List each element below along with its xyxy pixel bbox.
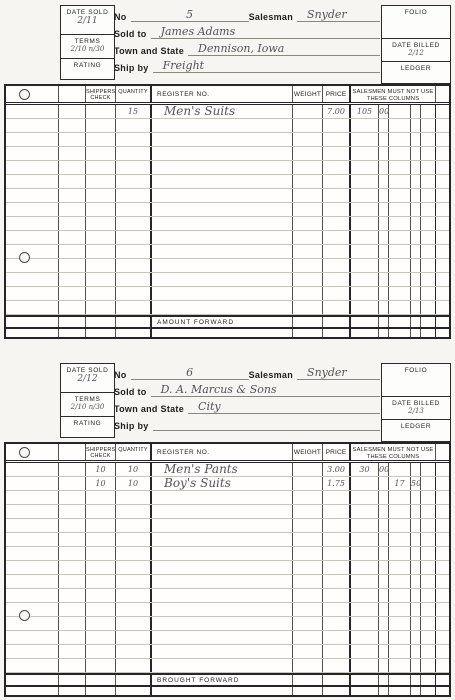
- cell-a2c: [411, 463, 421, 476]
- cell-check: [86, 105, 116, 118]
- town-state-line: Town and State Dennison, Iowa: [114, 40, 380, 56]
- cell-a2c: [411, 491, 421, 504]
- cell-a1c: [379, 491, 389, 504]
- cell-extra: [421, 231, 436, 244]
- cell-col2: [59, 505, 86, 518]
- cell-a1d: [351, 217, 379, 230]
- cell-extra: [421, 161, 436, 174]
- table-row: [6, 133, 449, 147]
- cell-extra: [421, 189, 436, 202]
- cell-margin: [6, 231, 59, 244]
- date-sold-value: 2/12: [61, 374, 114, 384]
- cell-reg: [152, 231, 293, 244]
- cell-a2c: [411, 631, 421, 644]
- cell-reg: [152, 287, 293, 300]
- cell-weight: [293, 645, 323, 658]
- cell-reg: Boy's Suits: [152, 477, 293, 490]
- town-state-value: Dennison, Iowa: [188, 43, 380, 56]
- header-margin-cell: [6, 86, 59, 102]
- cell-check: [86, 119, 116, 132]
- cell-check: [86, 589, 116, 602]
- right-boxes: FOLIO DATE BILLED 2/12 LEDGER: [381, 5, 451, 84]
- cell-margin: [6, 217, 59, 230]
- cell-reg: [152, 631, 293, 644]
- cell-check: [86, 519, 116, 532]
- cell-rmargin: [436, 147, 449, 160]
- cell-qty: [116, 273, 152, 286]
- cell-margin: [6, 659, 59, 672]
- cell-weight: [293, 105, 323, 118]
- cell-extra: [421, 659, 436, 672]
- cell-qty: [116, 245, 152, 258]
- cell-check: [86, 147, 116, 160]
- table-row: [6, 491, 449, 505]
- cell-margin: [6, 259, 59, 272]
- cell-qty: [116, 203, 152, 216]
- cell-rmargin: [436, 547, 449, 560]
- cell-rmargin: [436, 245, 449, 258]
- cell-col2: [59, 119, 86, 132]
- cell-a2d: [389, 203, 411, 216]
- cell-reg: [152, 547, 293, 560]
- cell-a1c: [379, 301, 389, 314]
- cell-rmargin: [436, 645, 449, 658]
- cell-col2: [59, 175, 86, 188]
- terms-value: 2/10 n/30: [61, 403, 114, 411]
- cell-weight: [293, 287, 323, 300]
- ship-by-label: Ship by: [114, 63, 153, 73]
- cell-extra: [421, 477, 436, 490]
- header-fields: No 5 Salesman Snyder Sold to James Adams…: [114, 6, 380, 74]
- cell-rmargin: [436, 287, 449, 300]
- cell-reg: [152, 603, 293, 616]
- cell-rmargin: [436, 217, 449, 230]
- cell-col2: [59, 203, 86, 216]
- cell-qty: [116, 547, 152, 560]
- table-row: [6, 617, 449, 631]
- cell-weight: [293, 259, 323, 272]
- cell-price: [323, 575, 351, 588]
- table-header-row: SHIPPERS CHECK QUANTITY REGISTER NO. WEI…: [6, 444, 449, 463]
- cell-a1c: [379, 161, 389, 174]
- cell-col2: [59, 147, 86, 160]
- cell-reg: [152, 175, 293, 188]
- cell-check: [86, 617, 116, 630]
- cell-qty: [116, 231, 152, 244]
- table-row: [6, 659, 449, 673]
- cell-reg: [152, 575, 293, 588]
- terms-label: TERMS: [61, 393, 114, 403]
- cell-rmargin: [436, 589, 449, 602]
- cell-a2d: [389, 645, 411, 658]
- terms-label: TERMS: [61, 35, 114, 45]
- date-sold-label: DATE SOLD: [61, 364, 114, 374]
- cell-a1c: [379, 287, 389, 300]
- cell-a1d: [351, 477, 379, 490]
- cell-reg: [152, 659, 293, 672]
- table-row: [6, 203, 449, 217]
- cell-margin: [6, 631, 59, 644]
- cell-a1d: [351, 287, 379, 300]
- cell-weight: [293, 631, 323, 644]
- cell-weight: [293, 189, 323, 202]
- cell-a2d: [389, 603, 411, 616]
- cell-qty: [116, 659, 152, 672]
- salesman-value: Snyder: [297, 367, 380, 380]
- cell-reg: [152, 301, 293, 314]
- cell-margin: [6, 491, 59, 504]
- cell-a2c: [411, 505, 421, 518]
- cell-col2: [59, 617, 86, 630]
- cell-a2c: [411, 301, 421, 314]
- table-row: [6, 519, 449, 533]
- cell-reg: [152, 203, 293, 216]
- punch-hole-icon: [19, 610, 30, 621]
- cell-rmargin: [436, 259, 449, 272]
- cell-col2: [59, 287, 86, 300]
- cell-col2: [59, 189, 86, 202]
- amount-forward-row: AMOUNT FORWARD: [6, 315, 449, 329]
- cell-price: [323, 259, 351, 272]
- cell-rmargin: [436, 533, 449, 546]
- cell-price: [323, 603, 351, 616]
- table-row: [6, 217, 449, 231]
- header-salesmen-note: SALESMEN MUST NOT USE THESE COLUMNS: [351, 444, 436, 460]
- cell-reg: [152, 505, 293, 518]
- cell-extra: [421, 603, 436, 616]
- cell-a2d: [389, 547, 411, 560]
- cell-check: [86, 547, 116, 560]
- cell-qty: [116, 519, 152, 532]
- cell-qty: [116, 603, 152, 616]
- cell-margin: [6, 147, 59, 160]
- cell-extra: [421, 133, 436, 146]
- cell-a1d: [351, 273, 379, 286]
- cell-margin: [6, 245, 59, 258]
- cell-reg: [152, 491, 293, 504]
- cell-a2c: [411, 561, 421, 574]
- cell-margin: [6, 561, 59, 574]
- cell-check: [86, 161, 116, 174]
- cell-reg: Men's Suits: [152, 105, 293, 118]
- cell-price: [323, 161, 351, 174]
- folio-label: FOLIO: [382, 6, 450, 16]
- table-row: 1010Men's Pants3.003000: [6, 463, 449, 477]
- cell-check: [86, 175, 116, 188]
- cell-price: [323, 175, 351, 188]
- cell-a1c: [379, 147, 389, 160]
- terms-box: TERMS 2/10 n/30: [60, 34, 115, 59]
- salesman-label: Salesman: [249, 370, 297, 380]
- ship-by-label: Ship by: [114, 421, 153, 431]
- cell-a1c: [379, 589, 389, 602]
- cell-col2: [59, 519, 86, 532]
- cell-price: 3.00: [323, 463, 351, 476]
- cell-margin: [6, 547, 59, 560]
- cell-a2d: [389, 273, 411, 286]
- cell-weight: [293, 575, 323, 588]
- cell-rmargin: [436, 491, 449, 504]
- cell-col2: [59, 659, 86, 672]
- ledger-label: LEDGER: [382, 420, 450, 430]
- punch-hole-icon: [19, 89, 30, 100]
- cell-a2c: [411, 547, 421, 560]
- cell-a1d: [351, 631, 379, 644]
- cell-extra: [421, 259, 436, 272]
- cell-margin: [6, 575, 59, 588]
- cell-margin: [6, 477, 59, 490]
- cell-price: [323, 287, 351, 300]
- scanned-page: DATE SOLD 2/11 TERMS 2/10 n/30 RATING No…: [0, 0, 455, 700]
- cell-a2d: [389, 575, 411, 588]
- cell-price: [323, 617, 351, 630]
- cell-a1d: [351, 301, 379, 314]
- sold-to-line: Sold to D. A. Marcus & Sons: [114, 381, 380, 397]
- folio-box: FOLIO: [381, 363, 451, 397]
- cell-reg: [152, 589, 293, 602]
- cell-col2: [59, 217, 86, 230]
- cell-weight: [293, 133, 323, 146]
- cell-a2d: [389, 231, 411, 244]
- cell-qty: [116, 287, 152, 300]
- cell-col2: [59, 603, 86, 616]
- order-table: SHIPPERS CHECK QUANTITY REGISTER NO. WEI…: [4, 84, 451, 339]
- ship-by-value: Freight: [153, 60, 380, 73]
- cell-reg: Men's Pants: [152, 463, 293, 476]
- ship-by-value: [153, 430, 380, 431]
- cell-weight: [293, 519, 323, 532]
- cell-extra: [421, 561, 436, 574]
- cell-col2: [59, 547, 86, 560]
- cell-rmargin: [436, 575, 449, 588]
- table-row: [6, 301, 449, 315]
- cell-reg: [152, 273, 293, 286]
- cell-a1d: [351, 491, 379, 504]
- date-billed-box: DATE BILLED 2/13: [381, 396, 451, 420]
- cell-col2: [59, 589, 86, 602]
- cell-a2c: [411, 189, 421, 202]
- cell-col2: [59, 273, 86, 286]
- cell-a2c: [411, 175, 421, 188]
- cell-a2c: [411, 203, 421, 216]
- cell-a1d: [351, 259, 379, 272]
- cell-extra: [421, 645, 436, 658]
- cell-weight: [293, 273, 323, 286]
- bottom-spacer-row: [6, 687, 449, 695]
- cell-qty: [116, 147, 152, 160]
- left-boxes: DATE SOLD 2/11 TERMS 2/10 n/30 RATING: [60, 5, 115, 80]
- cell-qty: [116, 133, 152, 146]
- cell-a2c: [411, 133, 421, 146]
- cell-a2c: [411, 603, 421, 616]
- cell-a2d: [389, 175, 411, 188]
- cell-reg: [152, 217, 293, 230]
- bottom-spacer-row: [6, 329, 449, 337]
- header-shippers-check: SHIPPERS CHECK: [86, 444, 116, 460]
- cell-weight: [293, 603, 323, 616]
- town-state-label: Town and State: [114, 46, 188, 56]
- cell-price: [323, 645, 351, 658]
- cell-check: [86, 259, 116, 272]
- date-sold-label: DATE SOLD: [61, 6, 114, 16]
- cell-col2: [59, 631, 86, 644]
- cell-weight: [293, 477, 323, 490]
- cell-price: [323, 203, 351, 216]
- cell-check: [86, 561, 116, 574]
- cell-price: [323, 119, 351, 132]
- cell-margin: [6, 133, 59, 146]
- cell-extra: [421, 105, 436, 118]
- cell-weight: [293, 161, 323, 174]
- cell-extra: [421, 519, 436, 532]
- cell-a1d: [351, 589, 379, 602]
- cell-a1c: [379, 617, 389, 630]
- cell-price: [323, 631, 351, 644]
- table-row: [6, 245, 449, 259]
- cell-margin: [6, 533, 59, 546]
- header-right-margin-cell: [436, 444, 449, 460]
- cell-a2d: 17: [389, 477, 411, 490]
- cell-rmargin: [436, 631, 449, 644]
- cell-extra: [421, 589, 436, 602]
- cell-margin: [6, 203, 59, 216]
- cell-reg: [152, 147, 293, 160]
- left-boxes: DATE SOLD 2/12 TERMS 2/10 n/30 RATING: [60, 363, 115, 438]
- cell-a2d: [389, 491, 411, 504]
- cell-check: [86, 287, 116, 300]
- table-row: [6, 259, 449, 273]
- cell-price: [323, 231, 351, 244]
- cell-col2: [59, 463, 86, 476]
- cell-a1d: [351, 505, 379, 518]
- cell-qty: [116, 119, 152, 132]
- header-right-margin-cell: [436, 86, 449, 102]
- cell-rmargin: [436, 133, 449, 146]
- date-sold-box: DATE SOLD 2/11: [60, 5, 115, 35]
- table-row: [6, 547, 449, 561]
- cell-extra: [421, 491, 436, 504]
- cell-a2d: [389, 119, 411, 132]
- ship-by-line: Ship by Freight: [114, 57, 380, 73]
- cell-extra: [421, 147, 436, 160]
- cell-check: [86, 203, 116, 216]
- cell-weight: [293, 119, 323, 132]
- town-state-line: Town and State City: [114, 398, 380, 414]
- cell-qty: [116, 505, 152, 518]
- cell-a1c: [379, 505, 389, 518]
- cell-a1c: [379, 631, 389, 644]
- cell-a2d: [389, 561, 411, 574]
- table-header-row: SHIPPERS CHECK QUANTITY REGISTER NO. WEI…: [6, 86, 449, 105]
- cell-a2d: [389, 301, 411, 314]
- brought-forward-row: BROUGHT FORWARD: [6, 673, 449, 687]
- cell-a1c: [379, 561, 389, 574]
- cell-extra: [421, 245, 436, 258]
- cell-a2c: [411, 259, 421, 272]
- header-salesmen-note: SALESMEN MUST NOT USE THESE COLUMNS: [351, 86, 436, 102]
- cell-weight: [293, 589, 323, 602]
- cell-check: [86, 217, 116, 230]
- cell-col2: [59, 575, 86, 588]
- cell-check: [86, 505, 116, 518]
- cell-a1d: [351, 603, 379, 616]
- cell-reg: [152, 119, 293, 132]
- cell-a2d: [389, 519, 411, 532]
- cell-col2: [59, 133, 86, 146]
- cell-qty: [116, 161, 152, 174]
- cell-check: [86, 491, 116, 504]
- cell-check: [86, 533, 116, 546]
- cell-margin: [6, 119, 59, 132]
- cell-a1c: [379, 133, 389, 146]
- cell-rmargin: [436, 175, 449, 188]
- cell-margin: [6, 301, 59, 314]
- table-row: [6, 189, 449, 203]
- cell-check: [86, 659, 116, 672]
- table-row: [6, 273, 449, 287]
- cell-rmargin: [436, 477, 449, 490]
- cell-col2: [59, 105, 86, 118]
- cell-rmargin: [436, 161, 449, 174]
- cell-margin: [6, 589, 59, 602]
- date-billed-value: 2/12: [382, 49, 450, 57]
- salesman-label: Salesman: [249, 12, 297, 22]
- cell-qty: [116, 259, 152, 272]
- cell-check: [86, 301, 116, 314]
- cell-weight: [293, 533, 323, 546]
- cell-weight: [293, 505, 323, 518]
- cell-qty: [116, 175, 152, 188]
- cell-a1d: [351, 659, 379, 672]
- cell-margin: [6, 645, 59, 658]
- order-table: SHIPPERS CHECK QUANTITY REGISTER NO. WEI…: [4, 442, 451, 697]
- table-row: [6, 561, 449, 575]
- cell-a1c: [379, 203, 389, 216]
- header-register-no: REGISTER NO.: [152, 86, 293, 102]
- cell-a2d: [389, 217, 411, 230]
- header-price: PRICE: [323, 444, 351, 460]
- cell-col2: [59, 161, 86, 174]
- cell-rmargin: [436, 273, 449, 286]
- cell-check: [86, 273, 116, 286]
- cell-weight: [293, 491, 323, 504]
- cell-a2c: [411, 645, 421, 658]
- cell-col2: [59, 491, 86, 504]
- salesman-value: Snyder: [297, 9, 380, 22]
- cell-a2c: 50: [411, 477, 421, 490]
- cell-a2d: [389, 659, 411, 672]
- sold-to-value: D. A. Marcus & Sons: [151, 384, 380, 397]
- cell-extra: [421, 547, 436, 560]
- cell-a2c: [411, 231, 421, 244]
- cell-col2: [59, 259, 86, 272]
- cell-rmargin: [436, 203, 449, 216]
- cell-a1c: [379, 119, 389, 132]
- cell-price: 1.75: [323, 477, 351, 490]
- cell-margin: [6, 287, 59, 300]
- cell-check: [86, 245, 116, 258]
- table-row: 1010Boy's Suits1.751750: [6, 477, 449, 491]
- cell-rmargin: [436, 505, 449, 518]
- header-weight: WEIGHT: [293, 444, 323, 460]
- cell-reg: [152, 189, 293, 202]
- cell-a1c: [379, 175, 389, 188]
- cell-a1d: 30: [351, 463, 379, 476]
- cell-rmargin: [436, 231, 449, 244]
- cell-qty: 15: [116, 105, 152, 118]
- no-salesman-line: No 6 Salesman Snyder: [114, 364, 380, 380]
- cell-check: 10: [86, 463, 116, 476]
